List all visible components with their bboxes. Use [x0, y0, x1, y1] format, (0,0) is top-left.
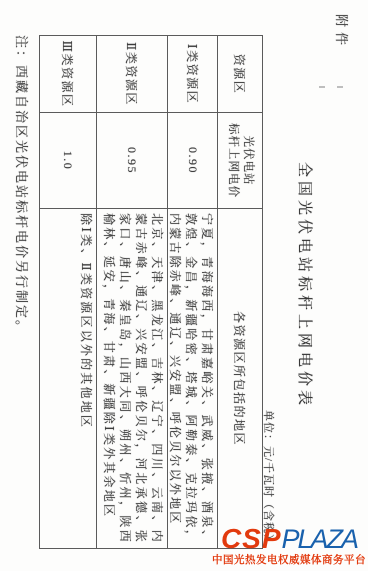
- header-cell-resource-zone: 资源区: [217, 36, 262, 113]
- zone-3-label-cell: Ⅲ类资源区: [39, 36, 96, 113]
- zone-1-regions-cell: 宁夏，青海海西，甘肃嘉峪关、武威、张掖、酒泉、敦煌、金昌，新疆哈密、塔城、阿勒泰…: [167, 209, 217, 549]
- zone-3-regions-cell: 除Ⅰ类、Ⅱ类资源区以外的其他地区: [39, 209, 96, 549]
- csp-plaza-tagline: 中国光热发电权威媒体商务平台: [212, 555, 366, 566]
- footnote: 注：西藏自治区光伏电站标杆电价另行制定。: [13, 35, 32, 335]
- header-price-line2: 标杆上网电价: [225, 123, 240, 198]
- zone-2-price-cell: 0.95: [96, 113, 167, 209]
- zone-1-price-cell: 0.90: [167, 113, 217, 209]
- scan-artifact-tick: [337, 86, 343, 88]
- document-title: 全国光伏电站标杆上网电价表: [295, 0, 316, 571]
- tariff-table: 资源区 光伏电站 标杆上网电价 各资源区所包括的地区 Ⅰ类资源区 0.90 宁夏…: [39, 35, 263, 549]
- header-price-line1: 光伏电站: [240, 136, 255, 186]
- attachment-label: 附件: [333, 14, 352, 50]
- zone-2-regions-cell: 北京、天津、黑龙江、吉林、辽宁、四川、云南、内蒙古赤峰、通辽、兴安盟、呼伦贝尔，…: [96, 209, 167, 549]
- header-cell-included-regions: 各资源区所包括的地区: [217, 209, 262, 549]
- scanned-document-sheet: 附件 全国光伏电站标杆上网电价表 单位：元/千瓦时（含税） 资源区 光伏电站 标…: [0, 0, 368, 571]
- csp-plaza-logo: CSPPLAZA 中国光热发电权威媒体商务平台: [212, 525, 366, 566]
- zone-2-label-cell: Ⅱ类资源区: [96, 36, 167, 113]
- scan-artifact-tick: [319, 86, 325, 88]
- csp-plaza-wordmark: CSPPLAZA: [212, 525, 366, 553]
- zone-3-price-cell: 1.0: [39, 113, 96, 209]
- plaza-logo-text: PLAZA: [282, 524, 358, 554]
- csp-logo-text: CSP: [221, 523, 282, 554]
- header-cell-benchmark-price: 光伏电站 标杆上网电价: [217, 113, 262, 209]
- zone-1-label-cell: Ⅰ类资源区: [167, 36, 217, 113]
